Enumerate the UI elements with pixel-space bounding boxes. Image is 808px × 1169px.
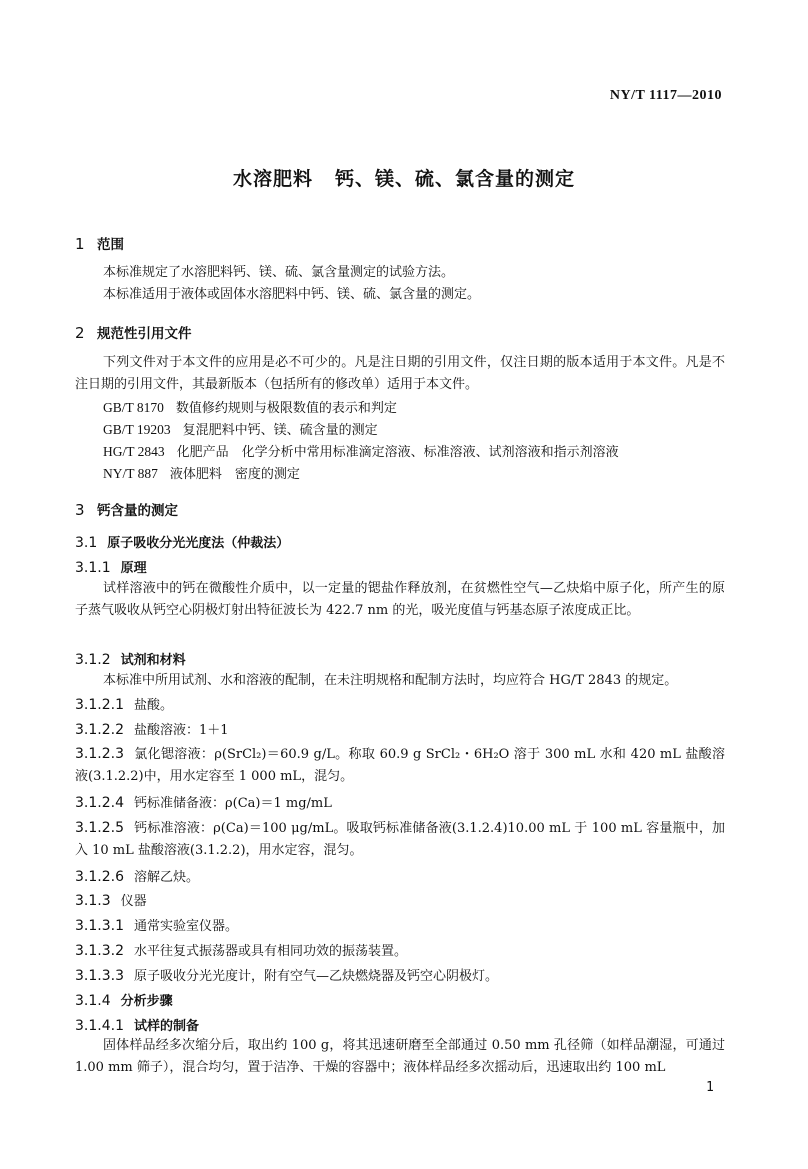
reference-item: GB/T 19203复混肥料中钙、镁、硫含量的测定 xyxy=(103,419,378,438)
clause-3-1-2-2: 3.1.2.2盐酸溶液：1＋1 xyxy=(75,719,229,738)
reference-item: GB/T 8170数值修约规则与极限数值的表示和判定 xyxy=(103,397,397,416)
section-3-1-1-heading: 3.1.1原理 xyxy=(75,557,147,576)
section-3-1-4-heading: 3.1.4分析步骤 xyxy=(75,990,173,1009)
section-1-para-2: 本标准适用于液体或固体水溶肥料中钙、镁、硫、氯含量的测定。 xyxy=(103,284,480,306)
reference-item: NY/T 887液体肥料 密度的测定 xyxy=(103,463,300,482)
section-3-1-4-1-heading: 3.1.4.1试样的制备 xyxy=(75,1015,199,1034)
section-3-1-1-text: 试样溶液中的钙在微酸性介质中，以一定量的锶盐作释放剂，在贫燃性空气—乙炔焰中原子… xyxy=(75,578,725,622)
title-part2: 钙、镁、硫、氯含量的测定 xyxy=(335,168,575,190)
clause-3-1-3-3: 3.1.3.3原子吸收分光光度计，附有空气—乙炔燃烧器及钙空心阴极灯。 xyxy=(75,965,498,984)
section-3-1-2-text: 本标准中所用试剂、水和溶液的配制，在未注明规格和配制方法时，均应符合 HG/T … xyxy=(75,670,725,692)
page-number: 1 xyxy=(706,1080,714,1095)
clause-3-1-2-6: 3.1.2.6溶解乙炔。 xyxy=(75,866,199,885)
clause-3-1-3-2: 3.1.3.2水平往复式振荡器或具有相同功效的振荡装置。 xyxy=(75,940,407,959)
section-3-1-2-heading: 3.1.2试剂和材料 xyxy=(75,649,186,668)
clause-3-1-2-3: 3.1.2.3氯化锶溶液：ρ(SrCl₂)＝60.9 g/L。称取 60.9 g… xyxy=(75,743,725,788)
clause-3-1-2-1: 3.1.2.1盐酸。 xyxy=(75,694,173,713)
document-title: 水溶肥料钙、镁、硫、氯含量的测定 xyxy=(0,164,808,191)
clause-3-1-2-5: 3.1.2.5钙标准溶液：ρ(Ca)＝100 μg/mL。吸取钙标准储备液(3.… xyxy=(75,817,725,862)
reference-item: HG/T 2843化肥产品 化学分析中常用标准滴定溶液、标准溶液、试剂溶液和指示… xyxy=(103,441,619,460)
section-3-1-3-heading: 3.1.3仪器 xyxy=(75,890,147,909)
section-3-1-heading: 3.1原子吸收分光光度法（仲裁法） xyxy=(75,532,289,551)
section-3-heading: 3钙含量的测定 xyxy=(75,499,178,519)
clause-3-1-3-1: 3.1.3.1通常实验室仪器。 xyxy=(75,915,238,934)
section-1-para-1: 本标准规定了水溶肥料钙、镁、硫、氯含量测定的试验方法。 xyxy=(103,262,454,284)
title-part1: 水溶肥料 xyxy=(233,168,313,190)
section-3-1-4-1-text: 固体样品经多次缩分后，取出约 100 g，将其迅速研磨至全部通过 0.50 mm… xyxy=(75,1035,725,1079)
document-page: NY/T 1117—2010 水溶肥料钙、镁、硫、氯含量的测定 1范围 本标准规… xyxy=(0,0,808,1169)
section-2-heading: 2规范性引用文件 xyxy=(75,322,192,342)
standard-code: NY/T 1117—2010 xyxy=(610,88,722,104)
clause-3-1-2-4: 3.1.2.4钙标准储备液：ρ(Ca)＝1 mg/mL xyxy=(75,792,332,811)
section-2-intro: 下列文件对于本文件的应用是必不可少的。凡是注日期的引用文件，仅注日期的版本适用于… xyxy=(75,352,725,396)
section-1-heading: 1范围 xyxy=(75,233,124,253)
